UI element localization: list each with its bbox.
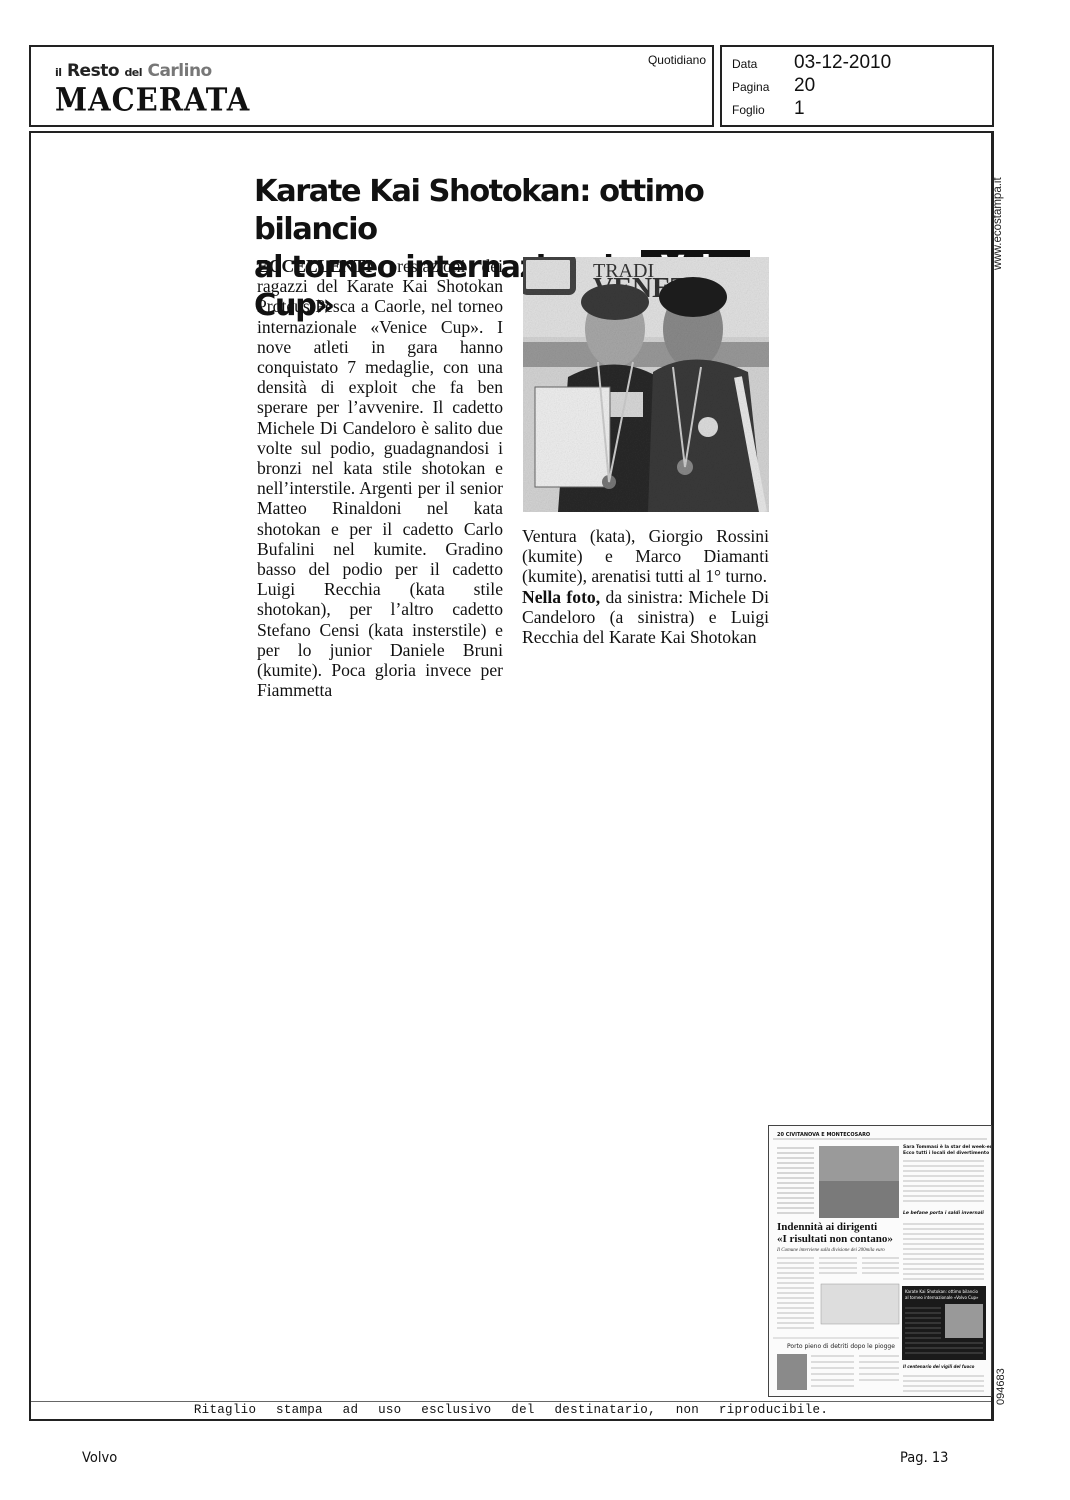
meta-row-date: Data 03-12-2010	[732, 52, 891, 74]
svg-text:«I risultati non contano»: «I risultati non contano»	[777, 1233, 893, 1245]
footer-page-number: Pag. 13	[900, 1450, 948, 1466]
page-thumbnail: 20 CIVITANOVA E MONTECOSARO Indennità ai…	[768, 1125, 992, 1397]
meta-value: 1	[794, 98, 805, 120]
column-text: prestazioni dei ragazzi del Karate Kai S…	[257, 256, 503, 700]
footer-keyword: Volvo	[82, 1450, 117, 1466]
meta-value: 03-12-2010	[794, 52, 891, 74]
brand-carlino: Carlino	[147, 61, 211, 81]
svg-text:Karate Kai Shotokan: ottimo bi: Karate Kai Shotokan: ottimo bilancio	[905, 1289, 979, 1294]
article-column-2: Ventura (kata), Giorgio Rossini (kumite)…	[522, 526, 769, 647]
svg-text:Il centenario dei vigili del f: Il centenario dei vigili del fuoco	[903, 1364, 975, 1369]
svg-text:20 CIVITANOVA E MONTECOSARO: 20 CIVITANOVA E MONTECOSARO	[777, 1132, 870, 1138]
caption-label: Nella foto,	[522, 587, 600, 607]
meta-label: Foglio	[732, 103, 794, 117]
periodicity-label: Quotidiano	[648, 53, 706, 67]
meta-row-page: Pagina 20	[732, 75, 815, 97]
svg-text:al torneo internazionale «Volv: al torneo internazionale «Volvo Cup»	[905, 1295, 979, 1300]
brand-del: del	[124, 66, 142, 79]
svg-text:Sara Tommasi è la star del wee: Sara Tommasi è la star del week-end	[903, 1143, 991, 1150]
svg-text:Porto pieno di detriti dopo le: Porto pieno di detriti dopo le piogge	[787, 1343, 895, 1350]
article-photo: TRADI VENETI	[523, 257, 769, 512]
newspaper-brand: il Resto del Carlino	[55, 61, 212, 81]
side-code: 094683	[995, 1368, 1007, 1405]
edition-title: MACERATA	[55, 81, 250, 118]
thumbnail-page-preview: 20 CIVITANOVA E MONTECOSARO Indennità ai…	[769, 1126, 991, 1396]
svg-text:Il Comune interviene sulla div: Il Comune interviene sulla divisione dei…	[776, 1248, 885, 1253]
lead-word: ECCELLENTI	[257, 256, 372, 276]
brand-prefix: il	[55, 66, 62, 79]
column-text: Ventura (kata), Giorgio Rossini (kumite)…	[522, 526, 769, 586]
issue-meta-box: Data 03-12-2010 Pagina 20 Foglio 1	[720, 45, 994, 127]
brand-resto: Resto	[67, 61, 119, 81]
photo-illustration: TRADI VENETI	[523, 257, 769, 512]
meta-row-sheet: Foglio 1	[732, 98, 805, 120]
meta-value: 20	[794, 75, 815, 97]
meta-label: Data	[732, 57, 794, 71]
masthead-box: il Resto del Carlino MACERATA Quotidiano	[29, 45, 714, 127]
svg-text:Indennità ai dirigenti: Indennità ai dirigenti	[777, 1221, 877, 1233]
disclaimer: Ritaglio stampa ad uso esclusivo del des…	[31, 1402, 991, 1419]
svg-text:Ecco tutti i locali del divert: Ecco tutti i locali del divertimento	[903, 1150, 989, 1156]
article-column-1: ECCELLENTI prestazioni dei ragazzi del K…	[257, 256, 503, 700]
side-url: www.ecostampa.it	[992, 130, 1004, 270]
headline-line-1: Karate Kai Shotokan: ottimo bilancio	[254, 173, 794, 249]
svg-text:Le befane porta i saldi invern: Le befane porta i saldi invernali	[903, 1210, 984, 1216]
meta-label: Pagina	[732, 80, 794, 94]
